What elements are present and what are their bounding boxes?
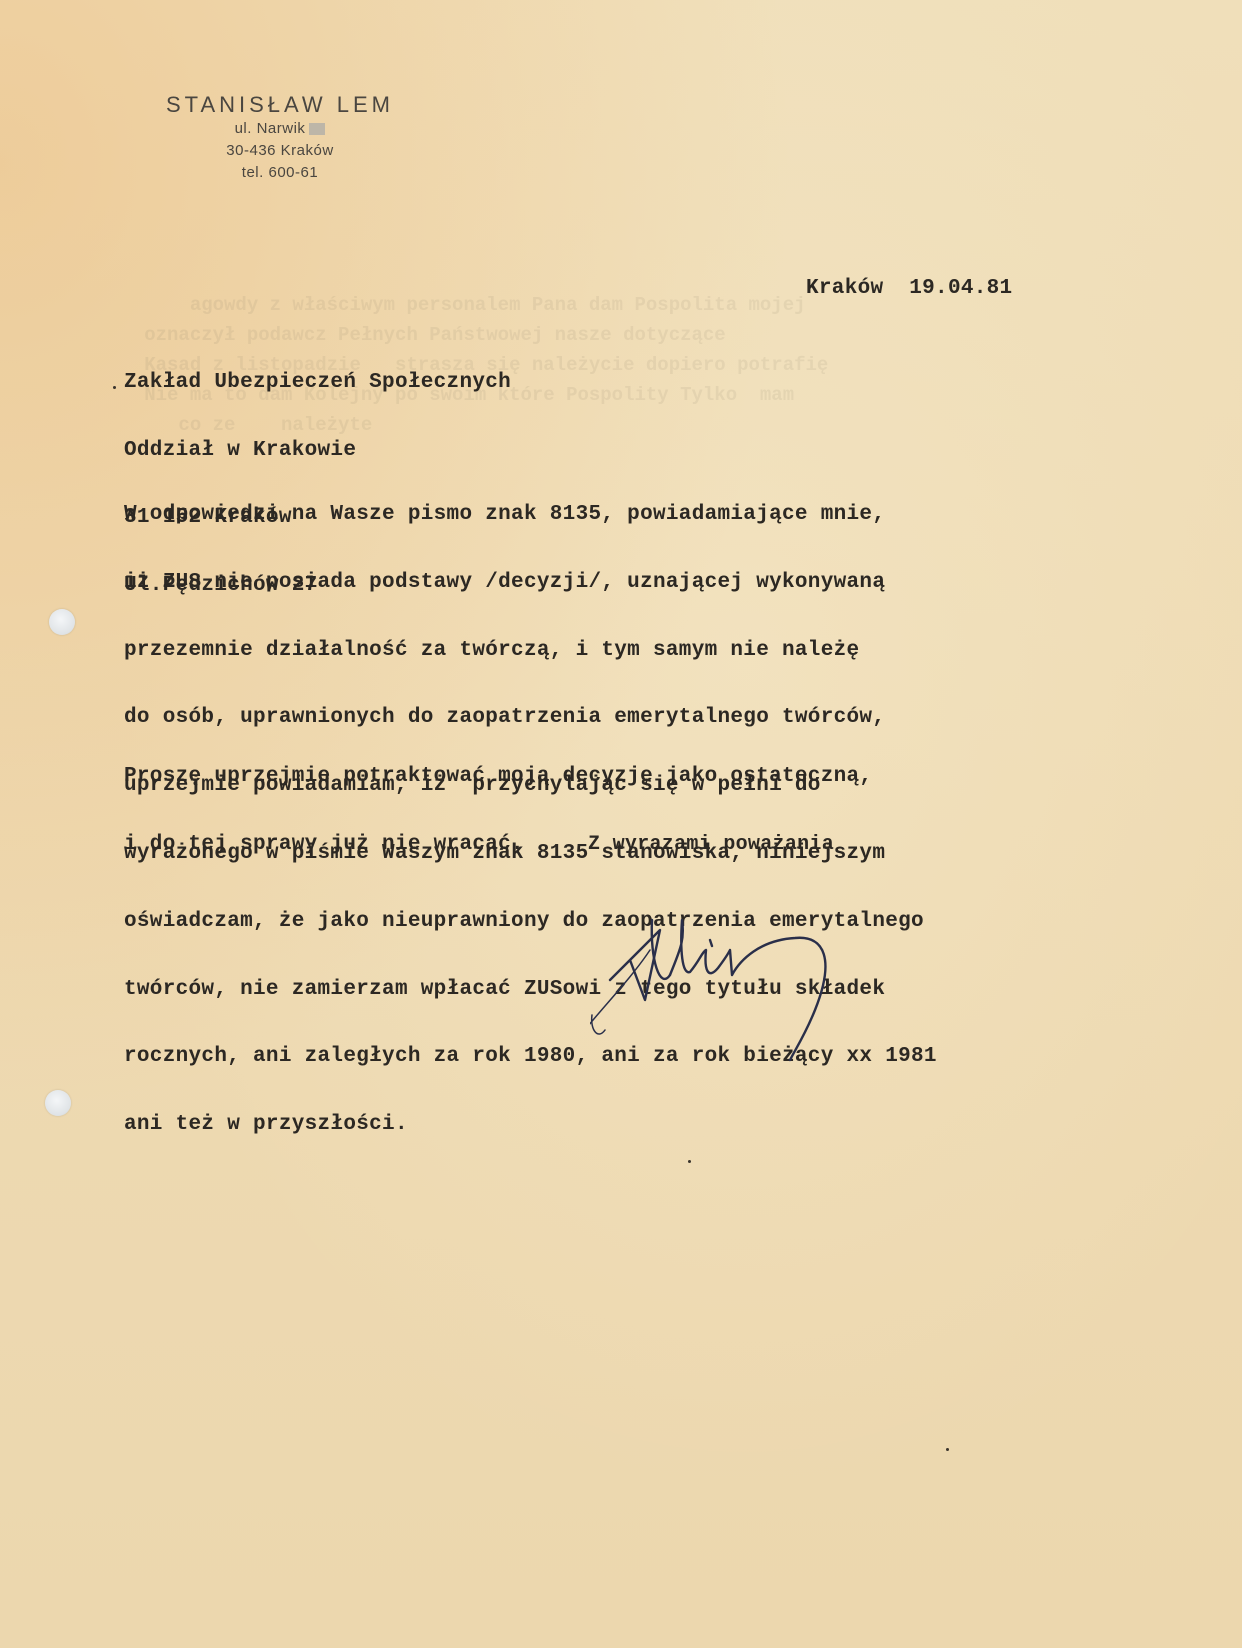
- recipient-line: Zakład Ubezpieczeń Społecznych: [124, 372, 511, 396]
- body-line: Proszę uprzejmie potraktować moją decyzj…: [124, 766, 872, 790]
- closing-salutation: Z wyrazami poważania: [588, 834, 834, 856]
- letterhead: STANISŁAW LEM ul. Narwik 30-436 Kraków t…: [100, 92, 460, 184]
- paper-speck: [688, 1160, 691, 1163]
- letterhead-city: 30-436 Kraków: [100, 140, 460, 162]
- signature: [590, 880, 870, 1080]
- body-line: ani też w przyszłości.: [124, 1114, 937, 1138]
- paper-speck: [946, 1448, 949, 1451]
- letterhead-street: ul. Narwik: [100, 118, 460, 140]
- redacted-block: [309, 123, 325, 135]
- date-place: Kraków: [806, 277, 883, 300]
- body-line: iż ZUS nie posiada podstawy /decyzji/, u…: [124, 572, 937, 596]
- punch-hole: [45, 1090, 71, 1116]
- letterhead-name: STANISŁAW LEM: [100, 92, 460, 118]
- body-line: W odpowiedzi na Wasze pismo znak 8135, p…: [124, 504, 937, 528]
- paper-speck: [113, 386, 116, 389]
- date-line: Kraków 19.04.81: [806, 278, 1012, 300]
- letterhead-phone: tel. 600-61: [100, 162, 460, 184]
- punch-hole: [49, 609, 75, 635]
- date-value: 19.04.81: [909, 277, 1012, 300]
- body-line: przezemnie działalność za twórczą, i tym…: [124, 640, 937, 664]
- letterhead-street-text: ul. Narwik: [235, 120, 306, 137]
